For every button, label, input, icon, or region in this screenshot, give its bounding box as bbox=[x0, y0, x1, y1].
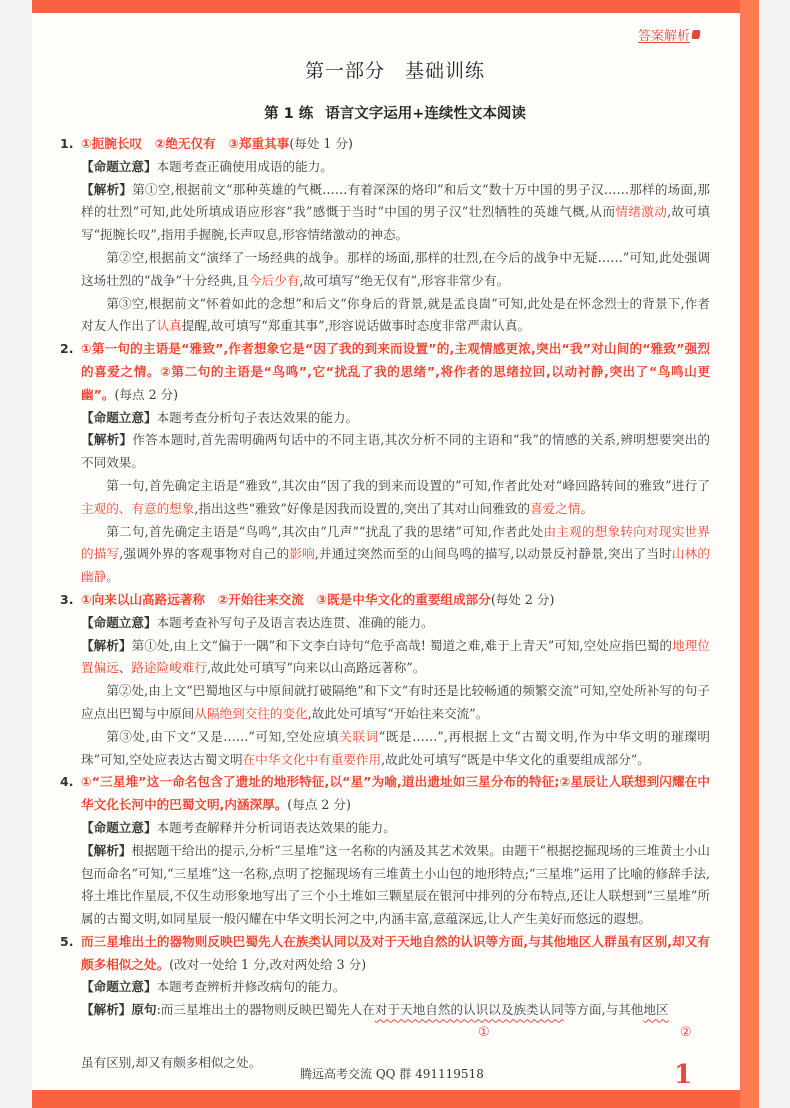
page-number: 1 bbox=[674, 1060, 692, 1090]
bottom-color-band bbox=[32, 1090, 740, 1108]
question-number: 4. bbox=[60, 771, 73, 794]
intent-label: 【命题立意】 bbox=[81, 979, 157, 994]
analysis-text: 、 bbox=[119, 660, 132, 675]
part-title: 第一部分基础训练 bbox=[0, 56, 790, 83]
analysis-text: ,并通过突然而至的山间鸟鸣的描写,以动景反衬静景,突出了当时 bbox=[315, 546, 672, 561]
analysis-label: 【解析】 bbox=[81, 843, 131, 858]
highlight-text: 影响 bbox=[289, 546, 315, 561]
intent-text: 本题考查辨析并修改病句的能力。 bbox=[157, 979, 346, 994]
score-note: (每处 1 分) bbox=[289, 136, 353, 151]
analysis-text: 提醒,故可填写“郑重其事”,形容说话做事时态度非常严肃认真。 bbox=[182, 318, 530, 333]
highlight-text: 今后少有 bbox=[249, 273, 299, 288]
question-1: 1. ①扼腕长叹 ②绝无仅有 ③郑重其事(每处 1 分) 【命题立意】本题考查正… bbox=[60, 133, 710, 338]
highlight-text: 路途险峻难行 bbox=[131, 660, 207, 675]
analysis-label: 【解析】 bbox=[81, 1002, 131, 1017]
highlight-text: 主观的、有意的想象 bbox=[81, 501, 194, 516]
analysis-text: 虽有区别,却又有颇多相似之处。 bbox=[81, 1055, 261, 1070]
intent-label: 【命题立意】 bbox=[81, 410, 157, 425]
error-markers: ① ② bbox=[81, 1022, 710, 1046]
original-sentence-label: 原句 bbox=[131, 1002, 156, 1017]
intent-text: 本题考查分析句子表达效果的能力。 bbox=[157, 410, 359, 425]
answer-text: ①扼腕长叹 ②绝无仅有 ③郑重其事 bbox=[81, 136, 289, 151]
question-number: 1. bbox=[60, 133, 73, 156]
analysis-text: ,强调外界的客观事物对自己的 bbox=[119, 546, 289, 561]
intent-text: 本题考查补写句子及语言表达连贯、准确的能力。 bbox=[157, 615, 434, 630]
answer-content: 1. ①扼腕长叹 ②绝无仅有 ③郑重其事(每处 1 分) 【命题立意】本题考查正… bbox=[60, 133, 710, 1075]
intent-label: 【命题立意】 bbox=[81, 615, 157, 630]
analysis-label: 【解析】 bbox=[81, 182, 132, 197]
score-note: (每点 2 分) bbox=[114, 387, 178, 402]
highlight-text: 在中华文化中有重要作用 bbox=[243, 752, 382, 767]
analysis-text: ,故此处可填写“开始往来交流”。 bbox=[308, 706, 489, 721]
answer-analysis-tag: 答案解析 bbox=[638, 25, 700, 44]
analysis-text: 等方面,与其他 bbox=[564, 1002, 644, 1017]
score-note: (每点 2 分) bbox=[287, 797, 351, 812]
analysis-text: 第③处,由下文“又是……”可知,空处应填 bbox=[106, 729, 339, 744]
analysis-text: 第一句,首先确定主语是“雅致”,其次由“因了我的到来而设置的”可知,作者此处对“… bbox=[106, 478, 710, 493]
analysis-label: 【解析】 bbox=[81, 638, 132, 653]
analysis-text: ,故此处可填写“向来以山高路远著称”。 bbox=[207, 660, 425, 675]
intent-label: 【命题立意】 bbox=[81, 820, 157, 835]
part-title-number: 第一部分 bbox=[305, 60, 385, 82]
question-number: 2. bbox=[60, 338, 73, 361]
intent-label: 【命题立意】 bbox=[81, 159, 157, 174]
highlight-text: 认真 bbox=[157, 318, 182, 333]
intent-text: 本题考查解释并分析词语表达效果的能力。 bbox=[157, 820, 396, 835]
error-underline-2: 地区 bbox=[643, 1002, 668, 1017]
analysis-text: 第二句,首先确定主语是“鸟鸣”,其次由“几声”“扰乱了我的思绪”可知,作者此处 bbox=[106, 524, 543, 539]
highlight-text: 关联词 bbox=[339, 729, 379, 744]
error-marker-2: ② bbox=[680, 1022, 692, 1045]
highlight-text: 情绪激动 bbox=[615, 204, 667, 219]
highlight-text: 从隔绝到交往的变化 bbox=[194, 706, 307, 721]
analysis-text: 。 bbox=[580, 501, 593, 516]
question-4: 4. ①“三星堆”这一命名包含了遗址的地形特征,以“星”为喻,道出遗址如三星分布… bbox=[60, 771, 710, 931]
highlight-text: 喜爱之情 bbox=[530, 501, 580, 516]
lesson-title: 第 1 练语言文字运用+连续性文本阅读 bbox=[0, 102, 790, 123]
footer-group-info: 腾远高考交流 QQ 群 491119518 bbox=[300, 1065, 484, 1082]
score-note: (每处 2 分) bbox=[491, 592, 555, 607]
analysis-label: 【解析】 bbox=[81, 432, 132, 447]
lesson-title-text: 语言文字运用+连续性文本阅读 bbox=[325, 106, 526, 122]
error-marker-1: ① bbox=[478, 1022, 490, 1045]
analysis-text: 第①处,由上文“偏于一隅”和下文李白诗句“危乎高哉! 蜀道之难,难于上青天”可知… bbox=[132, 638, 673, 653]
answer-text: ①“三星堆”这一命名包含了遗址的地形特征,以“星”为喻,道出遗址如三星分布的特征… bbox=[81, 774, 710, 812]
analysis-text: ,指出这些“雅致”好像是因我而设置的,突出了其对山间雅致的 bbox=[194, 501, 530, 516]
analysis-text: ,故可填写“绝无仅有”,形容非常少有。 bbox=[299, 273, 509, 288]
question-number: 5. bbox=[60, 931, 73, 954]
tab-marker-icon bbox=[691, 30, 700, 39]
answer-text: ①向来以山高路远著称 ②开始往来交流 ③既是中华文化的重要组成部分 bbox=[81, 592, 491, 607]
analysis-text: :而三星堆出土的器物则反映巴蜀先人在 bbox=[157, 1002, 375, 1017]
question-2: 2. ①第一句的主语是“雅致”,作者想象它是“因了我的到来而设置”的,主观情感更… bbox=[60, 338, 710, 589]
corner-tag-label: 答案解析 bbox=[638, 25, 690, 44]
right-edge-strip bbox=[740, 0, 759, 1108]
part-title-text: 基础训练 bbox=[405, 60, 485, 82]
score-note: (改对一处给 1 分,改对两处给 3 分) bbox=[169, 957, 366, 972]
question-5: 5. 而三星堆出土的器物则反映巴蜀先人在族类认同以及对于天地自然的认识等方面,与… bbox=[60, 931, 710, 1075]
question-number: 3. bbox=[60, 589, 73, 612]
analysis-text: ,故此处可填写“既是中华文化的重要组成部分”。 bbox=[381, 752, 650, 767]
intent-text: 本题考查正确使用成语的能力。 bbox=[157, 159, 333, 174]
lesson-number: 第 1 练 bbox=[264, 106, 313, 122]
error-underline-1: 对于天地自然的认识以及族类认同 bbox=[375, 1002, 564, 1017]
analysis-text: 作答本题时,首先需明确两句话中的不同主语,其次分析不同的主语和“我”的情感的关系… bbox=[81, 432, 710, 470]
analysis-text: 根据题干给出的提示,分析“三星堆”这一名称的内涵及其艺术效果。由题干“根据挖掘现… bbox=[81, 843, 710, 926]
analysis-text: 。 bbox=[106, 569, 119, 584]
top-color-band bbox=[32, 0, 740, 13]
question-3: 3. ①向来以山高路远著称 ②开始往来交流 ③既是中华文化的重要组成部分(每处 … bbox=[60, 589, 710, 771]
